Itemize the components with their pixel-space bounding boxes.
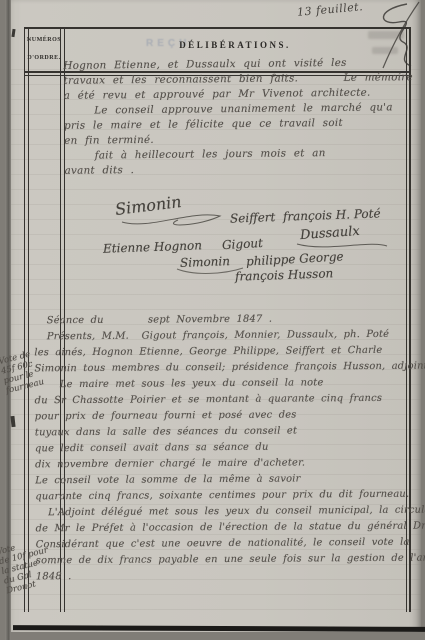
seance-paragraph: Séance du sept Novembre 1847 . Présents,…: [34, 311, 414, 586]
pencil-smudge: [372, 47, 398, 54]
handwritten-line: somme de dix francs payable en une seule…: [36, 551, 414, 570]
handwritten-line: Simonin tous membres du conseil; préside…: [34, 359, 412, 378]
signature: Gigout: [222, 236, 264, 252]
pencil-smudge: [368, 31, 404, 39]
signature: Simonin: [180, 254, 230, 270]
frame-top-rule: [24, 27, 410, 29]
frame-left-rule: [24, 27, 25, 612]
handwritten-line: 1848 .: [36, 567, 414, 586]
numeros-column-header-line1: NUMÉROS: [25, 37, 63, 43]
numeros-column-header-line2: D'ORDRE.: [25, 55, 63, 61]
handwritten-line: du Sr Chassotte Poirier et se montant à …: [35, 391, 413, 410]
frame-left-rule-inner: [28, 27, 29, 612]
deliberations-title: DÉLIBÉRATIONS.: [64, 40, 406, 50]
continuation-paragraph: Hognon Etienne, et Dussaulx qui ont visi…: [63, 55, 409, 179]
